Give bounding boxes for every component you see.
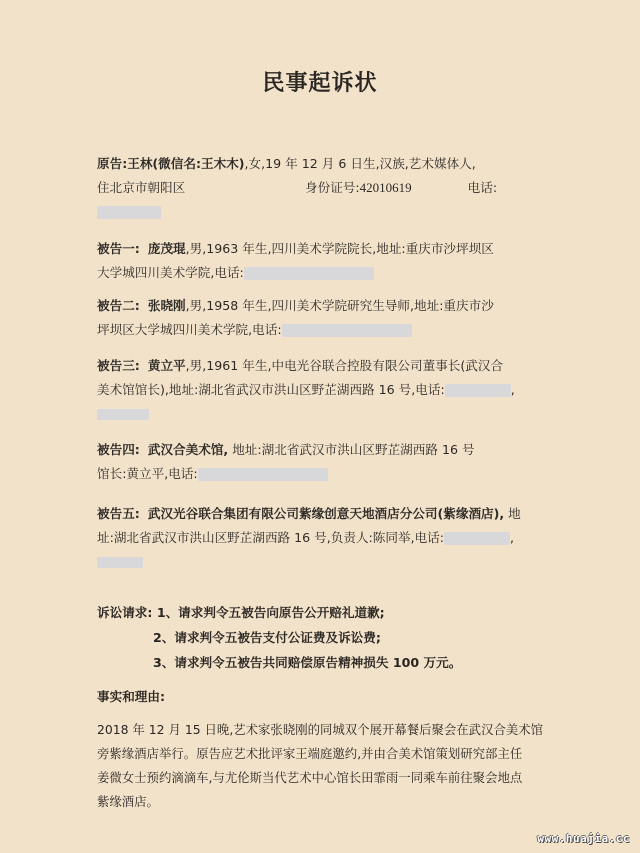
- defendant-details: 地: [504, 506, 521, 521]
- defendant-name: 武汉合美术馆,: [148, 442, 228, 457]
- defendant-label: 被告二:: [97, 298, 140, 313]
- defendant-2-section: 被告二: 张晓刚,男,1958 年生,四川美术学院研究生导师,地址:重庆市沙 坪…: [97, 294, 557, 342]
- plaintiff-phone-label: 电话:: [468, 180, 497, 195]
- claims-section: 诉讼请求: 1、请求判令五被告向原告公开赔礼道歉; 2、请求判令五被告支付公证费…: [97, 600, 461, 675]
- plaintiff-details: ,女,19 年 12 月 6 日生,汉族,艺术媒体人,: [245, 156, 476, 171]
- redacted-phone: [97, 206, 161, 219]
- facts-body: 2018 年 12 月 15 日晚,艺术家张晓刚的同城双个展开幕餐后聚会在武汉合…: [97, 718, 567, 814]
- claim-item: 1、请求判令五被告向原告公开赔礼道歉;: [157, 605, 385, 620]
- defendant-address: 大学城四川美术学院,电话:: [97, 265, 244, 280]
- redacted-phone: [444, 532, 510, 545]
- defendant-address: 坪坝区大学城四川美术学院,电话:: [97, 322, 282, 337]
- document-title: 民事起诉状: [0, 66, 640, 97]
- claims-label: 诉讼请求:: [97, 605, 152, 620]
- defendant-label: 被告四:: [97, 442, 140, 457]
- plaintiff-name: 王林(微信名:王木木): [127, 156, 244, 171]
- defendant-name: 武汉光谷联合集团有限公司紫缘创意天地酒店分公司(紫缘酒店),: [148, 506, 504, 521]
- redacted-phone: [198, 468, 328, 481]
- facts-line: 姜微女士预约滴滴车,与尤伦斯当代艺术中心馆长田霏雨一同乘车前往聚会地点: [97, 766, 567, 790]
- plaintiff-id-label: 身份证号:: [305, 180, 360, 195]
- facts-line: 旁紫缘酒店举行。原告应艺术批评家王端庭邀约,并由合美术馆策划研究部主任: [97, 742, 567, 766]
- defendant-details: ,男,1958 年生,四川美术学院研究生导师,地址:重庆市沙: [186, 298, 494, 313]
- defendant-1-section: 被告一: 庞茂琨,男,1963 年生,四川美术学院院长,地址:重庆市沙坪坝区 大…: [97, 237, 557, 285]
- claim-item: 2、请求判令五被告支付公证费及诉讼费;: [153, 630, 381, 645]
- defendant-4-section: 被告四: 武汉合美术馆, 地址:湖北省武汉市洪山区野芷湖西路 16 号 馆长:黄…: [97, 438, 557, 486]
- plaintiff-section: 原告:王林(微信名:王木木),女,19 年 12 月 6 日生,汉族,艺术媒体人…: [97, 152, 557, 224]
- defendant-details: ,男,1961 年生,中电光谷联合控股有限公司董事长(武汉合: [186, 358, 503, 373]
- defendant-address: 馆长:黄立平,电话:: [97, 466, 198, 481]
- plaintiff-address: 住北京市朝阳区: [97, 176, 305, 200]
- defendant-address: 美术馆馆长),地址:湖北省武汉市洪山区野芷湖西路 16 号,电话:: [97, 382, 445, 397]
- defendant-label: 被告三:: [97, 358, 140, 373]
- plaintiff-label: 原告:: [97, 156, 127, 171]
- defendant-address: 址:湖北省武汉市洪山区野芷湖西路 16 号,负责人:陈同举,电话:: [97, 530, 444, 545]
- claim-item: 3、请求判令五被告共同赔偿原告精神损失 100 万元。: [153, 655, 461, 670]
- watermark: www.huajia.cc: [537, 832, 630, 845]
- plaintiff-id-value: 42010619: [360, 176, 468, 200]
- facts-line: 2018 年 12 月 15 日晚,艺术家张晓刚的同城双个展开幕餐后聚会在武汉合…: [97, 718, 567, 742]
- defendant-details: ,男,1963 年生,四川美术学院院长,地址:重庆市沙坪坝区: [186, 241, 494, 256]
- defendant-label: 被告五:: [97, 506, 140, 521]
- defendant-5-section: 被告五: 武汉光谷联合集团有限公司紫缘创意天地酒店分公司(紫缘酒店), 地 址:…: [97, 502, 557, 574]
- comma: ,: [510, 530, 514, 545]
- comma: ,: [511, 382, 515, 397]
- facts-heading: 事实和理由:: [97, 686, 165, 705]
- redacted-phone: [97, 409, 149, 420]
- facts-line: 紫缘酒店。: [97, 790, 567, 814]
- defendant-label: 被告一:: [97, 241, 140, 256]
- defendant-3-section: 被告三: 黄立平,男,1961 年生,中电光谷联合控股有限公司董事长(武汉合 美…: [97, 354, 557, 426]
- defendant-name: 庞茂琨: [148, 241, 186, 256]
- redacted-phone: [97, 557, 143, 568]
- redacted-phone: [282, 324, 412, 337]
- document-page: 民事起诉状 原告:王林(微信名:王木木),女,19 年 12 月 6 日生,汉族…: [0, 0, 640, 853]
- defendant-name: 黄立平: [148, 358, 186, 373]
- defendant-details: 地址:湖北省武汉市洪山区野芷湖西路 16 号: [228, 442, 474, 457]
- redacted-phone: [445, 384, 511, 397]
- defendant-name: 张晓刚: [148, 298, 186, 313]
- redacted-phone: [244, 267, 374, 280]
